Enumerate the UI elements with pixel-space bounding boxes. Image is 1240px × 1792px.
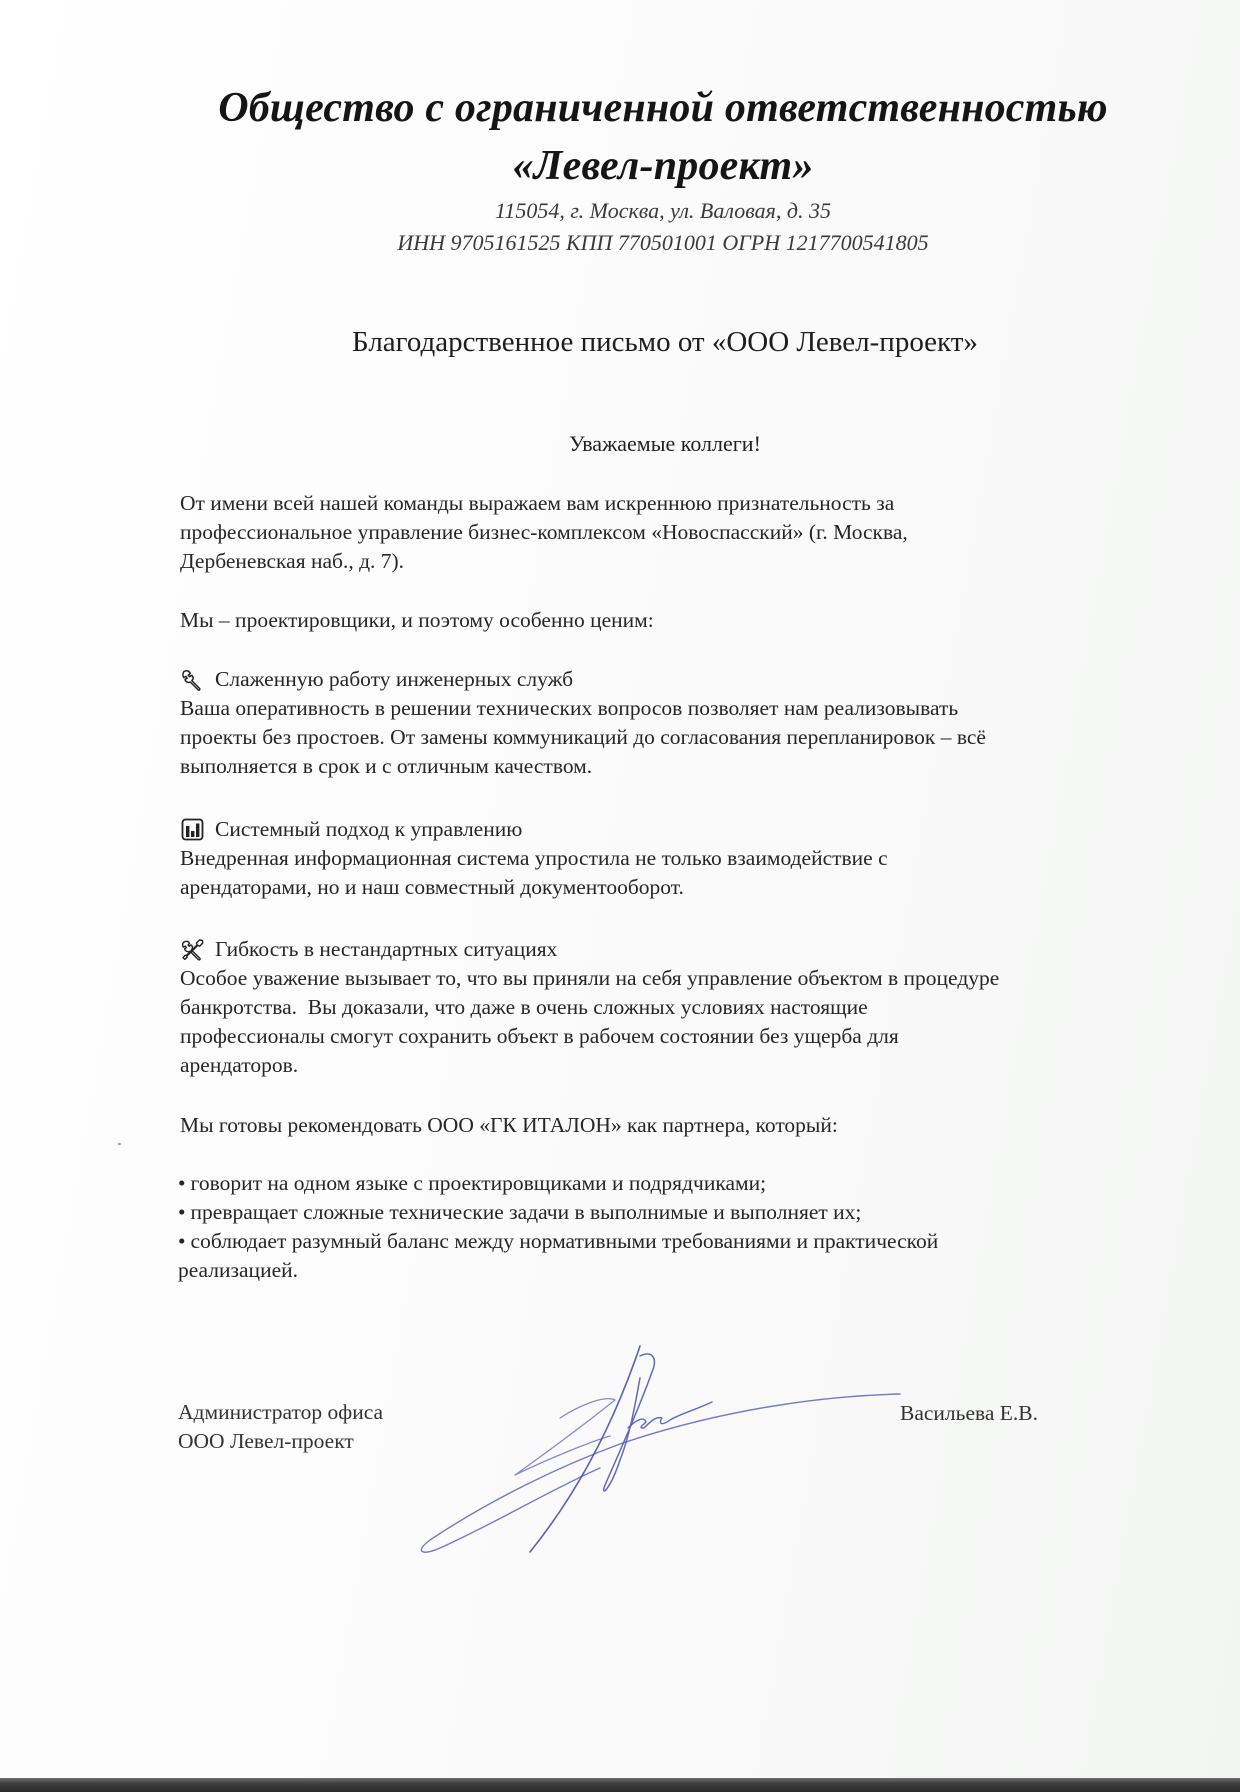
section-line: Ваша оперативность в решении технических…: [180, 694, 1140, 723]
section-heading-text: Слаженную работу инженерных служб: [215, 665, 573, 694]
section-line: Особое уважение вызывает то, что вы прин…: [180, 964, 1140, 993]
letter-page: Общество с ограниченной ответственностью…: [0, 0, 1240, 1778]
list-item: говорит на одном языке с проектировщикам…: [178, 1169, 1138, 1198]
wrench-icon: [180, 668, 206, 692]
section-line: проекты без простоев. От замены коммуник…: [180, 723, 1140, 752]
section-line: арендаторов.: [180, 1051, 1140, 1080]
section-heading-text: Гибкость в нестандартных ситуациях: [215, 935, 557, 964]
section-line: профессионалы смогут сохранить объект в …: [180, 1022, 1140, 1051]
section-management: Системный подход к управлению Внедренная…: [180, 815, 1140, 902]
signer-role: Администратор офиса ООО Левел-проект: [178, 1398, 383, 1456]
list-item: соблюдает разумный баланс между норматив…: [178, 1227, 1138, 1256]
section-heading-text: Системный подход к управлению: [215, 815, 522, 844]
section-line: Внедренная информационная система упрост…: [180, 844, 1140, 873]
tools-icon: [180, 938, 206, 962]
scan-bottom-edge: [0, 1778, 1240, 1792]
salutation: Уважаемые коллеги!: [0, 431, 1240, 457]
section-heading: Гибкость в нестандартных ситуациях: [180, 935, 1140, 964]
section-engineering: Слаженную работу инженерных служб Ваша о…: [180, 665, 1140, 781]
letter-title: Благодарственное письмо от «ООО Левел-пр…: [0, 326, 1240, 359]
org-address: 115054, г. Москва, ул. Валовая, д. 35: [0, 198, 1240, 224]
recommendation-list: говорит на одном языке с проектировщикам…: [178, 1169, 1138, 1285]
signer-role-line2: ООО Левел-проект: [178, 1427, 383, 1456]
signer-role-line1: Администратор офиса: [178, 1398, 383, 1427]
intro-line: От имени всей нашей команды выражаем вам…: [180, 489, 1140, 518]
org-requisites: ИНН 9705161525 КПП 770501001 ОГРН 121770…: [0, 230, 1240, 256]
intro-line: Дербеневская наб., д. 7).: [180, 547, 1140, 576]
handwritten-signature: [400, 1340, 920, 1560]
recommendation-paragraph: Мы готовы рекомендовать ООО «ГК ИТАЛОН» …: [180, 1111, 1140, 1140]
intro-paragraph: От имени всей нашей команды выражаем вам…: [180, 489, 1140, 576]
list-item-continuation: реализацией.: [178, 1256, 1138, 1285]
section-heading: Системный подход к управлению: [180, 815, 1140, 844]
lead-paragraph: Мы – проектировщики, и поэтому особенно …: [180, 606, 1140, 635]
list-item: превращает сложные технические задачи в …: [178, 1198, 1138, 1227]
section-text: Особое уважение вызывает то, что вы прин…: [180, 964, 1140, 1080]
scan-speck: [118, 1143, 121, 1145]
section-text: Внедренная информационная система упрост…: [180, 844, 1140, 902]
section-heading: Слаженную работу инженерных служб: [180, 665, 1140, 694]
section-flexibility: Гибкость в нестандартных ситуациях Особо…: [180, 935, 1140, 1080]
bar-chart-icon: [180, 818, 206, 842]
intro-line: профессиональное управление бизнес-компл…: [180, 518, 1140, 547]
org-name-line1: Общество с ограниченной ответственностью: [0, 84, 1240, 132]
section-line: выполняется в срок и с отличным качество…: [180, 752, 1140, 781]
section-line: арендаторами, но и наш совместный докуме…: [180, 873, 1140, 902]
section-text: Ваша оперативность в решении технических…: [180, 694, 1140, 781]
signer-name: Васильева Е.В.: [900, 1399, 1038, 1428]
org-name-line2: «Левел-проект»: [0, 142, 1240, 190]
section-line: банкротства. Вы доказали, что даже в оче…: [180, 993, 1140, 1022]
